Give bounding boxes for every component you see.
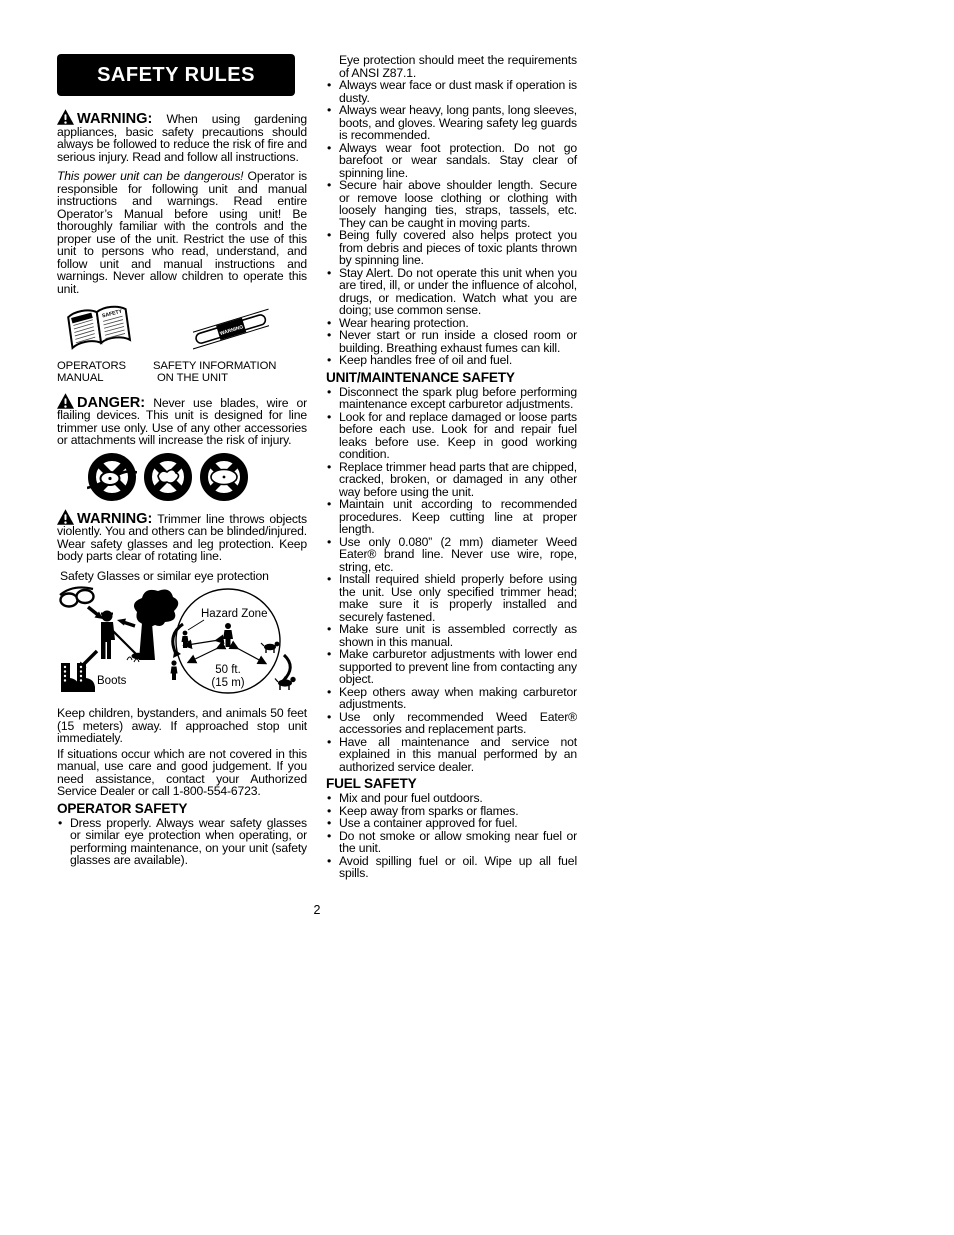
operator-safety-header: OPERATOR SAFETY xyxy=(57,801,307,816)
dangerous-paragraph: This power unit can be dangerous! Operat… xyxy=(57,170,307,295)
center-operator-figure xyxy=(223,623,233,647)
curved-arrow-left xyxy=(173,624,183,658)
tree-figure xyxy=(134,590,178,661)
keep-away-paragraph: Keep children, bystanders, and animals 5… xyxy=(57,707,307,745)
boots-label: Boots xyxy=(97,675,127,687)
page-content: SAFETY RULES WARNING: When using gardeni… xyxy=(57,54,577,880)
eye-protection-note: Eye protection should meet the requireme… xyxy=(326,54,577,79)
bullet-item: Keep handles free of oil and fuel. xyxy=(326,354,577,367)
goggles-icon xyxy=(60,588,94,607)
hazard-zone-label: Hazard Zone xyxy=(201,608,267,620)
situations-paragraph: If situations occur which are not covere… xyxy=(57,748,307,798)
bullet-item: Use a container approved for fuel. xyxy=(326,817,577,830)
fuel-safety-header: FUEL SAFETY xyxy=(326,776,577,791)
danger-triangle-icon xyxy=(57,393,74,409)
unit-maintenance-safety-header: UNIT/MAINTENANCE SAFETY xyxy=(326,370,577,385)
hazard-zone-diagram: Boots Hazard Zone xyxy=(57,583,309,701)
bullet-item: Install required shield properly before … xyxy=(326,573,577,623)
operators-manual-figure: SAFETY OPERATORS MANUAL xyxy=(57,304,153,385)
bullet-item: Use only 0.080” (2 mm) diameter Weed Eat… xyxy=(326,536,577,574)
manual-page: SAFETY RULES WARNING: When using gardeni… xyxy=(0,0,954,1235)
bullet-item: Always wear heavy, long pants, long slee… xyxy=(326,104,577,142)
bullet-item: Mix and pour fuel outdoors. xyxy=(326,792,577,805)
page-title: SAFETY RULES xyxy=(57,54,295,96)
distance-label-m: (15 m) xyxy=(211,677,244,689)
glasses-note: Safety Glasses or similar eye protection xyxy=(60,570,307,583)
warning-triangle-icon xyxy=(57,509,74,525)
arrow-to-person-head xyxy=(117,619,135,627)
open-book-icon: SAFETY xyxy=(63,304,135,352)
dog-figure xyxy=(261,642,279,653)
boots-icon xyxy=(61,663,95,692)
prohibition-pictograms xyxy=(87,452,307,502)
distance-arrows xyxy=(187,640,263,662)
unit-caption-line1: SAFETY INFORMATION xyxy=(153,360,307,372)
no-trimmer-head-attachment-icon xyxy=(87,452,137,502)
dangerous-text: Operator is responsible for following un… xyxy=(57,169,307,296)
bullet-item: Never start or run inside a closed room … xyxy=(326,329,577,354)
bullet-item: Stay Alert. Do not operate this unit whe… xyxy=(326,267,577,317)
no-wire-icon xyxy=(143,452,193,502)
warning-paragraph-1: WARNING: When using gardening appliances… xyxy=(57,109,307,163)
warning-paragraph-2: WARNING: Trimmer line throws objects vio… xyxy=(57,509,307,563)
warning-triangle-icon xyxy=(57,109,74,125)
bullet-item: Dress properly. Always wear safety glass… xyxy=(57,817,307,867)
manual-caption-line2: MANUAL xyxy=(57,372,153,384)
bullet-item: Being fully covered also helps protect y… xyxy=(326,229,577,267)
unit-label-figure: WARNING SAFETY INFORMATION ON THE UNIT xyxy=(153,304,307,385)
distance-label-ft: 50 ft. xyxy=(215,664,241,676)
bullet-item: Always wear foot protection. Do not go b… xyxy=(326,142,577,180)
bullet-item: Make sure unit is assembled correctly as… xyxy=(326,623,577,648)
child-figure xyxy=(171,660,178,680)
bullet-item: Keep others away when making carburetor … xyxy=(326,686,577,711)
safety-info-figures: SAFETY OPERATORS MANUAL xyxy=(57,304,307,385)
bullet-item: Look for and replace damaged or loose pa… xyxy=(326,411,577,461)
bullet-item: Replace trimmer head parts that are chip… xyxy=(326,461,577,499)
bullet-item: Use only recommended Weed Eater® accesso… xyxy=(326,711,577,736)
bullet-item: Have all maintenance and service not exp… xyxy=(326,736,577,774)
manual-caption-line1: OPERATORS xyxy=(57,360,153,372)
unit-caption: SAFETY INFORMATION ON THE UNIT xyxy=(153,360,307,385)
bullet-item: Avoid spilling fuel or oil. Wipe up all … xyxy=(326,855,577,880)
bullet-item: Make carburetor adjustments with lower e… xyxy=(326,648,577,686)
page-number: 2 xyxy=(57,903,577,917)
bullet-item: Disconnect the spark plug before perform… xyxy=(326,386,577,411)
shaft-warning-label-icon: WARNING xyxy=(193,308,269,352)
no-blade-icon xyxy=(199,452,249,502)
bullet-item: Always wear face or dust mask if operati… xyxy=(326,79,577,104)
right-column: Eye protection should meet the requireme… xyxy=(326,54,577,880)
unit-caption-line2: ON THE UNIT xyxy=(153,372,307,384)
danger-paragraph: DANGER: Never use blades, wire or flaili… xyxy=(57,393,307,447)
manual-caption: OPERATORS MANUAL xyxy=(57,360,153,385)
bullet-item: Maintain unit according to recommended p… xyxy=(326,498,577,536)
page-title-text: SAFETY RULES xyxy=(97,64,255,87)
arrow-goggles-to-person xyxy=(88,607,103,619)
bullet-item: Do not smoke or allow smoking near fuel … xyxy=(326,830,577,855)
bullet-item: Secure hair above shoulder length. Secur… xyxy=(326,179,577,229)
left-column: SAFETY RULES WARNING: When using gardeni… xyxy=(57,54,307,880)
